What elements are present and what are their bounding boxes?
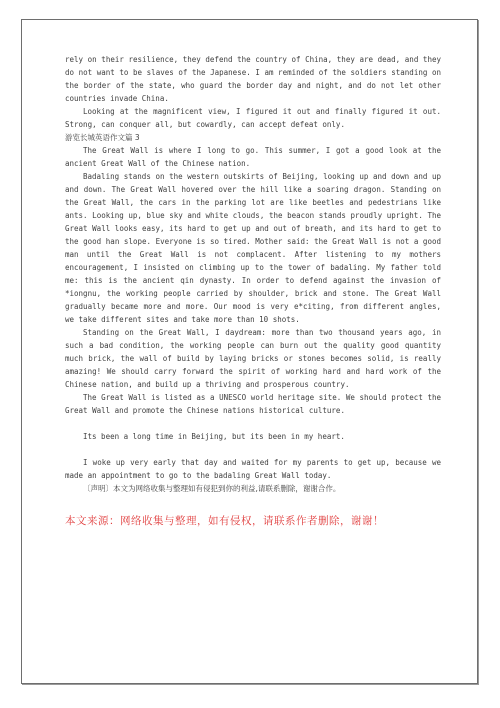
section-heading: 游览长城英语作文篇 3 xyxy=(65,131,441,144)
paragraph-unesco: The Great Wall is listed as a UNESCO wor… xyxy=(65,391,441,417)
paragraph-beijing-heart: Its been a long time in Beijing, but its… xyxy=(65,430,441,443)
paragraph-badaling: Badaling stands on the western outskirts… xyxy=(65,170,441,326)
disclaimer-note: 〔声明〕本文为网络收集与整理如有侵犯到你的利益,请联系删除，谢谢合作。 xyxy=(65,482,441,495)
source-attribution: 本文来源：网络收集与整理，如有侵权，请联系作者删除，谢谢！ xyxy=(65,514,441,528)
paragraph-resilience-continuation: rely on their resilience, they defend th… xyxy=(65,53,441,105)
paragraph-daydream: Standing on the Great Wall, I daydream: … xyxy=(65,326,441,391)
document-canvas: rely on their resilience, they defend th… xyxy=(0,0,500,708)
paragraph-magnificent-view: Looking at the magnificent view, I figur… xyxy=(65,105,441,131)
document-page: rely on their resilience, they defend th… xyxy=(21,19,478,684)
document-content: rely on their resilience, they defend th… xyxy=(65,53,441,528)
paragraph-woke-up: I woke up very early that day and waited… xyxy=(65,456,441,482)
paragraph-long-to-go: The Great Wall is where I long to go. Th… xyxy=(65,144,441,170)
